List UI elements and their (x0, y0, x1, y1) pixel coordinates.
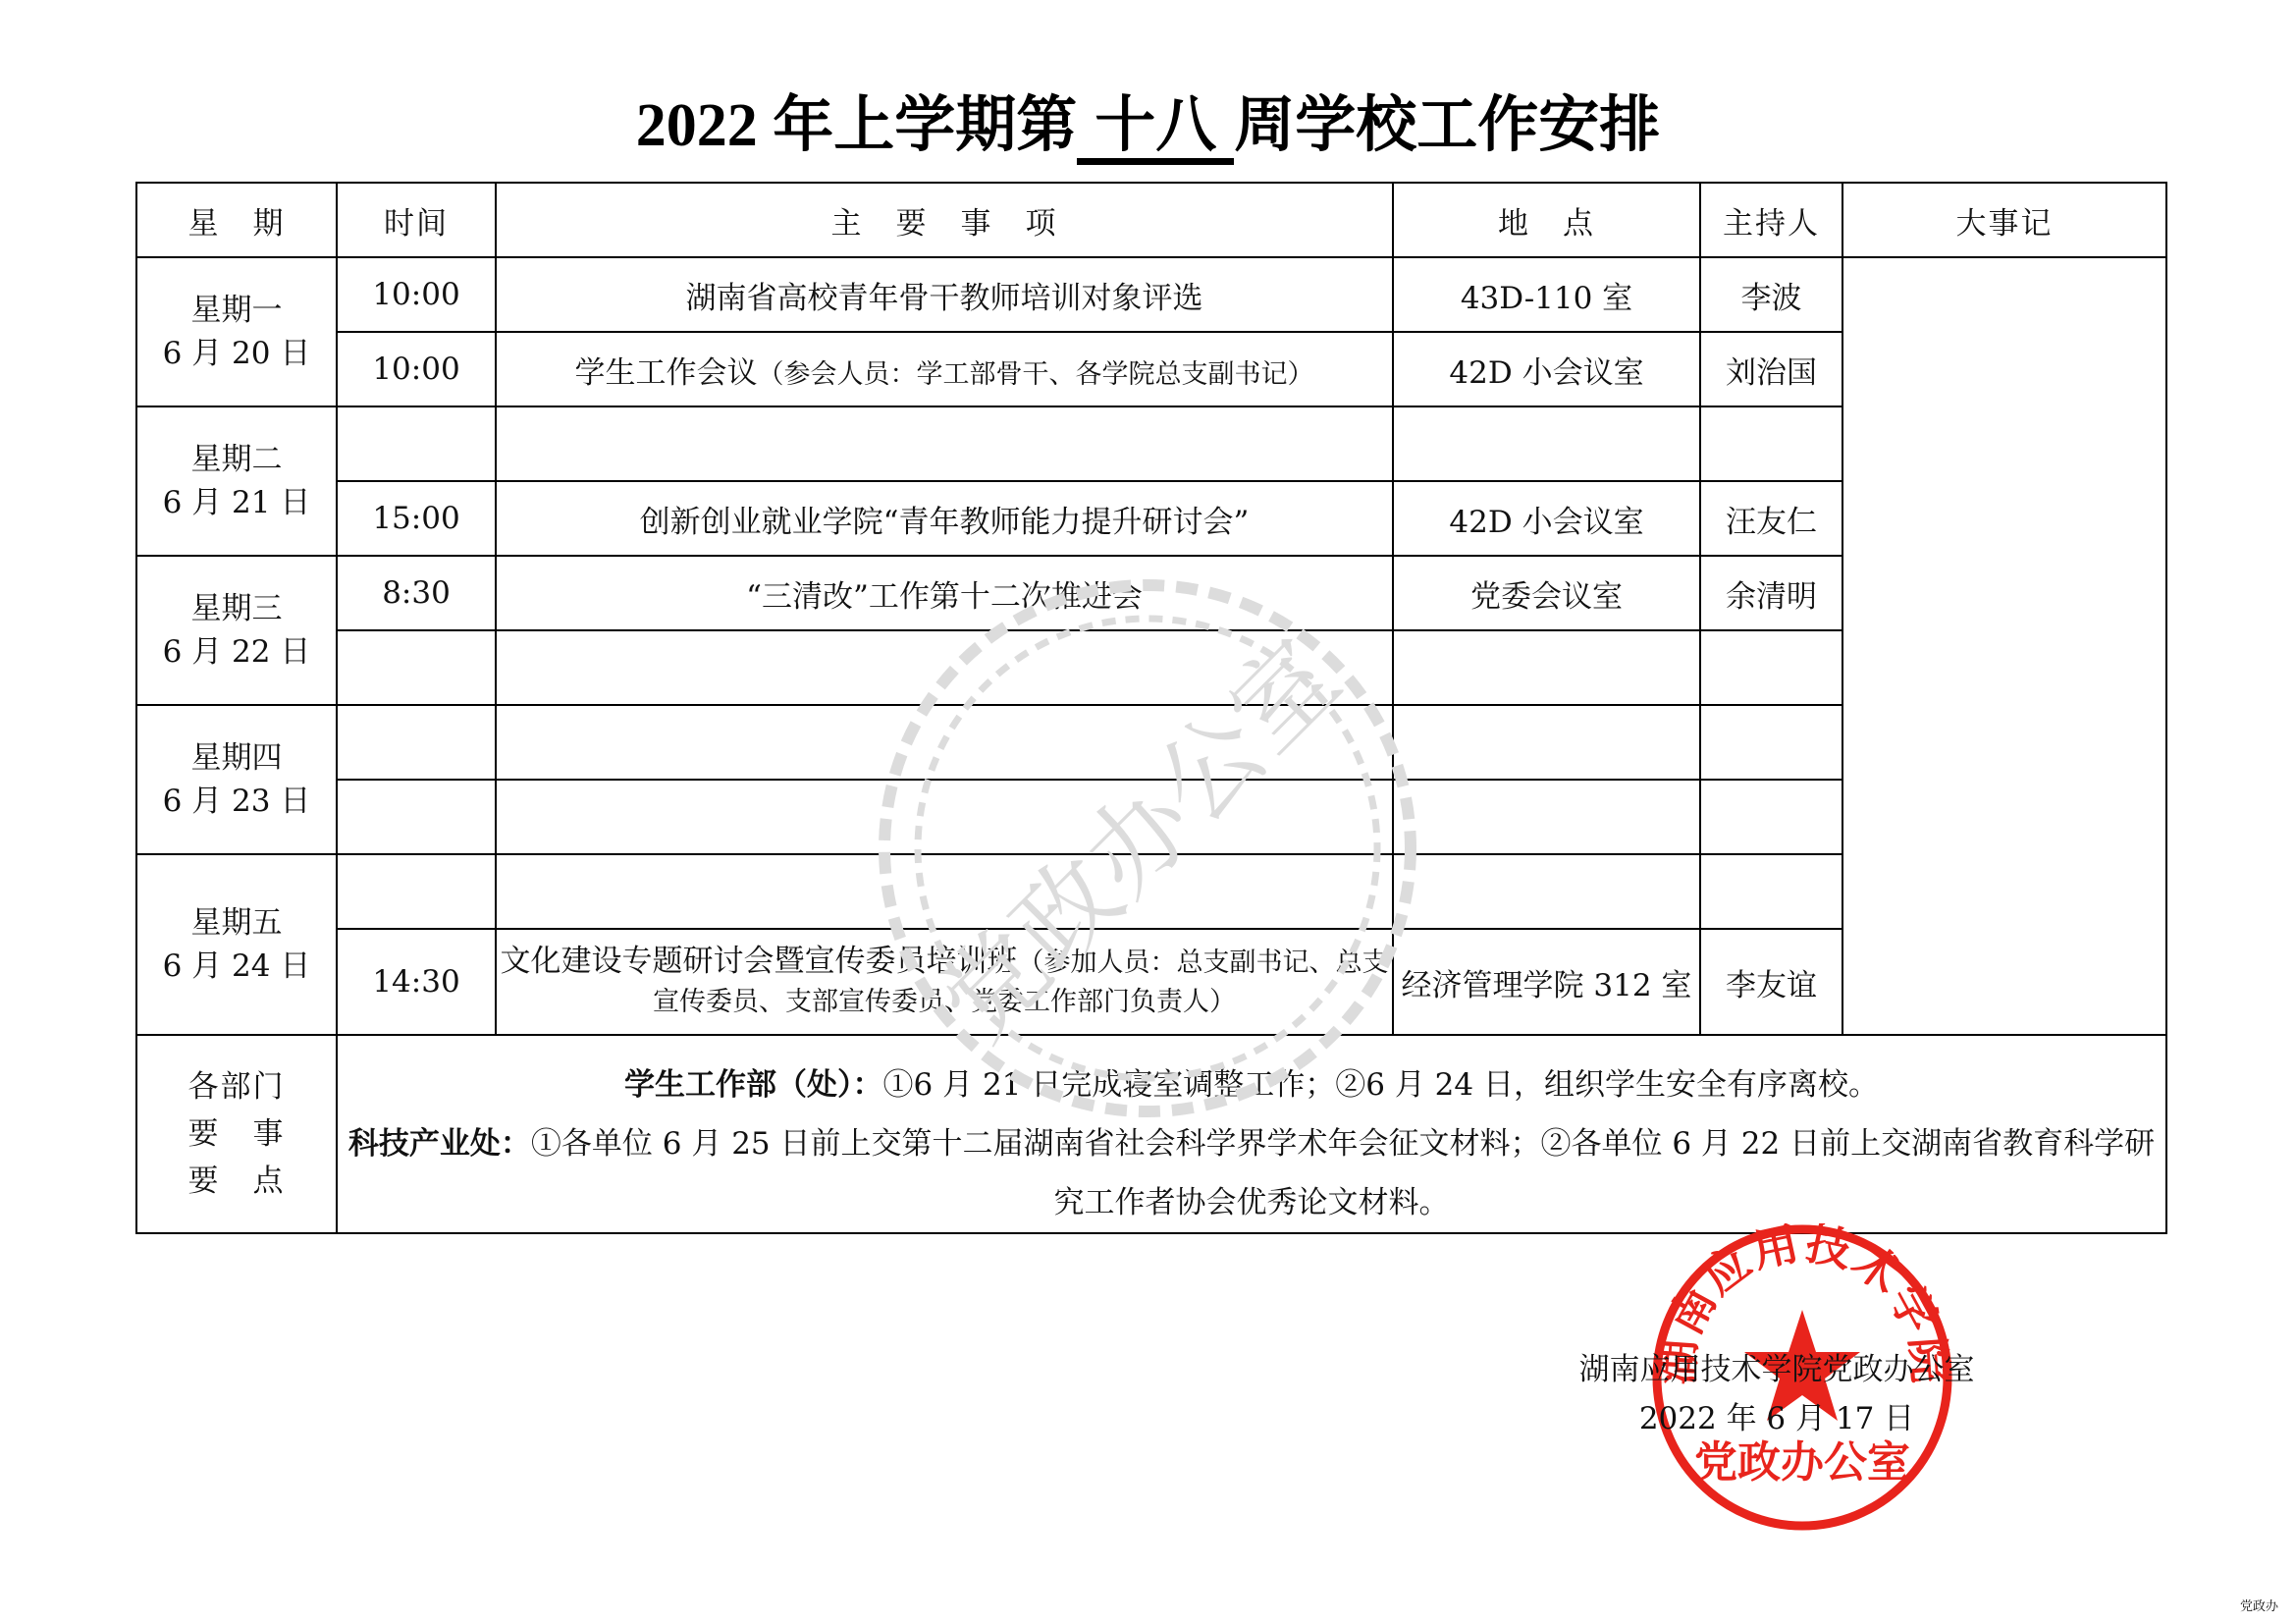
seal-bottom-text: 党政办公室 (1694, 1437, 1910, 1488)
header-place: 地 点 (1393, 183, 1700, 257)
item-cell: 创新创业就业学院“青年教师能力提升研讨会” (496, 481, 1393, 556)
place-cell: 经济管理学院 312 室 (1393, 929, 1700, 1035)
weekday-label: 星期一 (137, 289, 336, 332)
day-cell-tuesday: 星期二 6 月 21 日 (136, 406, 337, 556)
host-cell: 汪友仁 (1700, 481, 1842, 556)
weekday-label: 星期四 (137, 736, 336, 780)
note-text: ①各单位 6 月 25 日前上交第十二届湖南省社会科学界学术年会征文材料；②各单… (531, 1126, 2155, 1220)
note-dept: 科技产业处： (348, 1126, 531, 1162)
time-cell (337, 406, 496, 481)
item-text: “三清改”工作第十二次推进会 (746, 579, 1143, 615)
place-cell: 党委会议室 (1393, 556, 1700, 630)
host-cell (1700, 854, 1842, 929)
place-cell: 42D 小会议室 (1393, 332, 1700, 406)
date-label: 6 月 20 日 (137, 332, 336, 375)
place-cell (1393, 630, 1700, 705)
item-cell (496, 854, 1393, 929)
item-cell: “三清改”工作第十二次推进会 (496, 556, 1393, 630)
place-cell (1393, 705, 1700, 780)
time-cell: 14:30 (337, 929, 496, 1035)
header-day: 星 期 (136, 183, 337, 257)
time-cell: 10:00 (337, 257, 496, 332)
item-note: （参会人员：学工部骨干、各学院总支副书记） (758, 359, 1314, 390)
header-host: 主持人 (1700, 183, 1842, 257)
time-cell: 15:00 (337, 481, 496, 556)
item-cell (496, 630, 1393, 705)
title-prefix: 2022 年上学期第 (636, 92, 1078, 159)
header-item: 主 要 事 项 (496, 183, 1393, 257)
day-cell-monday: 星期一 6 月 20 日 (136, 257, 337, 406)
note-entry: 学生工作部（处）：①6 月 21 日完成寝室调整工作；②6 月 24 日，组织学… (338, 1056, 2165, 1114)
date-label: 6 月 22 日 (137, 630, 336, 674)
day-cell-thursday: 星期四 6 月 23 日 (136, 705, 337, 854)
header-row: 星 期 时间 主 要 事 项 地 点 主持人 大事记 (136, 183, 2166, 257)
place-cell: 43D-110 室 (1393, 257, 1700, 332)
item-text: 创新创业就业学院“青年教师能力提升研讨会” (640, 505, 1250, 540)
notes-row: 各部门 要 事 要 点 学生工作部（处）：①6 月 21 日完成寝室调整工作；②… (136, 1035, 2166, 1233)
time-cell (337, 630, 496, 705)
notes-label-line: 要 事 (137, 1110, 336, 1158)
notes-content: 学生工作部（处）：①6 月 21 日完成寝室调整工作；②6 月 24 日，组织学… (337, 1035, 2166, 1233)
corner-label: 党政办 (2240, 1596, 2278, 1614)
title-suffix: 周学校工作安排 (1234, 92, 1660, 159)
weekday-label: 星期三 (137, 587, 336, 630)
day-cell-wednesday: 星期三 6 月 22 日 (136, 556, 337, 705)
time-cell (337, 780, 496, 854)
item-cell: 文化建设专题研讨会暨宣传委员培训班（参加人员：总支副书记、总支宣传委员、支部宣传… (496, 929, 1393, 1035)
signature-block: 湖南应用技术学院党政办公室 2022 年 6 月 17 日 (1531, 1345, 2022, 1443)
table-row: 星期一 6 月 20 日 10:00 湖南省高校青年骨干教师培训对象评选 43D… (136, 257, 2166, 332)
date-label: 6 月 24 日 (137, 945, 336, 988)
host-cell: 李友谊 (1700, 929, 1842, 1035)
notes-label: 各部门 要 事 要 点 (136, 1035, 337, 1233)
host-cell: 李波 (1700, 257, 1842, 332)
notes-label-line: 要 点 (137, 1158, 336, 1205)
time-cell (337, 854, 496, 929)
time-cell: 8:30 (337, 556, 496, 630)
weekday-label: 星期五 (137, 901, 336, 945)
item-cell: 学生工作会议（参会人员：学工部骨干、各学院总支副书记） (496, 332, 1393, 406)
header-events: 大事记 (1842, 183, 2166, 257)
header-time: 时间 (337, 183, 496, 257)
host-cell (1700, 630, 1842, 705)
signature-org: 湖南应用技术学院党政办公室 (1531, 1345, 2022, 1394)
time-cell (337, 705, 496, 780)
title-week-number: 十八 (1077, 93, 1234, 165)
item-cell (496, 705, 1393, 780)
item-cell (496, 406, 1393, 481)
item-text: 文化建设专题研讨会暨宣传委员培训班 (501, 944, 1018, 979)
date-label: 6 月 23 日 (137, 780, 336, 823)
host-cell (1700, 705, 1842, 780)
note-entry: 科技产业处：①各单位 6 月 25 日前上交第十二届湖南省社会科学界学术年会征文… (338, 1114, 2165, 1232)
weekday-label: 星期二 (137, 438, 336, 481)
notes-label-line: 各部门 (137, 1063, 336, 1110)
document-title: 2022 年上学期第十八周学校工作安排 (0, 86, 2296, 165)
note-text: ①6 月 21 日完成寝室调整工作；②6 月 24 日，组织学生安全有序离校。 (883, 1067, 1879, 1103)
host-cell: 刘治国 (1700, 332, 1842, 406)
day-cell-friday: 星期五 6 月 24 日 (136, 854, 337, 1035)
host-cell: 余清明 (1700, 556, 1842, 630)
host-cell (1700, 780, 1842, 854)
note-dept: 学生工作部（处）： (624, 1067, 883, 1103)
item-cell: 湖南省高校青年骨干教师培训对象评选 (496, 257, 1393, 332)
item-text: 学生工作会议 (575, 355, 758, 391)
place-cell (1393, 780, 1700, 854)
place-cell (1393, 854, 1700, 929)
time-cell: 10:00 (337, 332, 496, 406)
schedule-table: 星 期 时间 主 要 事 项 地 点 主持人 大事记 星期一 6 月 20 日 … (135, 182, 2167, 1234)
signature-date: 2022 年 6 月 17 日 (1531, 1394, 2022, 1443)
place-cell: 42D 小会议室 (1393, 481, 1700, 556)
item-text: 湖南省高校青年骨干教师培训对象评选 (686, 281, 1203, 316)
host-cell (1700, 406, 1842, 481)
place-cell (1393, 406, 1700, 481)
item-cell (496, 780, 1393, 854)
date-label: 6 月 21 日 (137, 481, 336, 524)
events-cell (1842, 257, 2166, 1035)
